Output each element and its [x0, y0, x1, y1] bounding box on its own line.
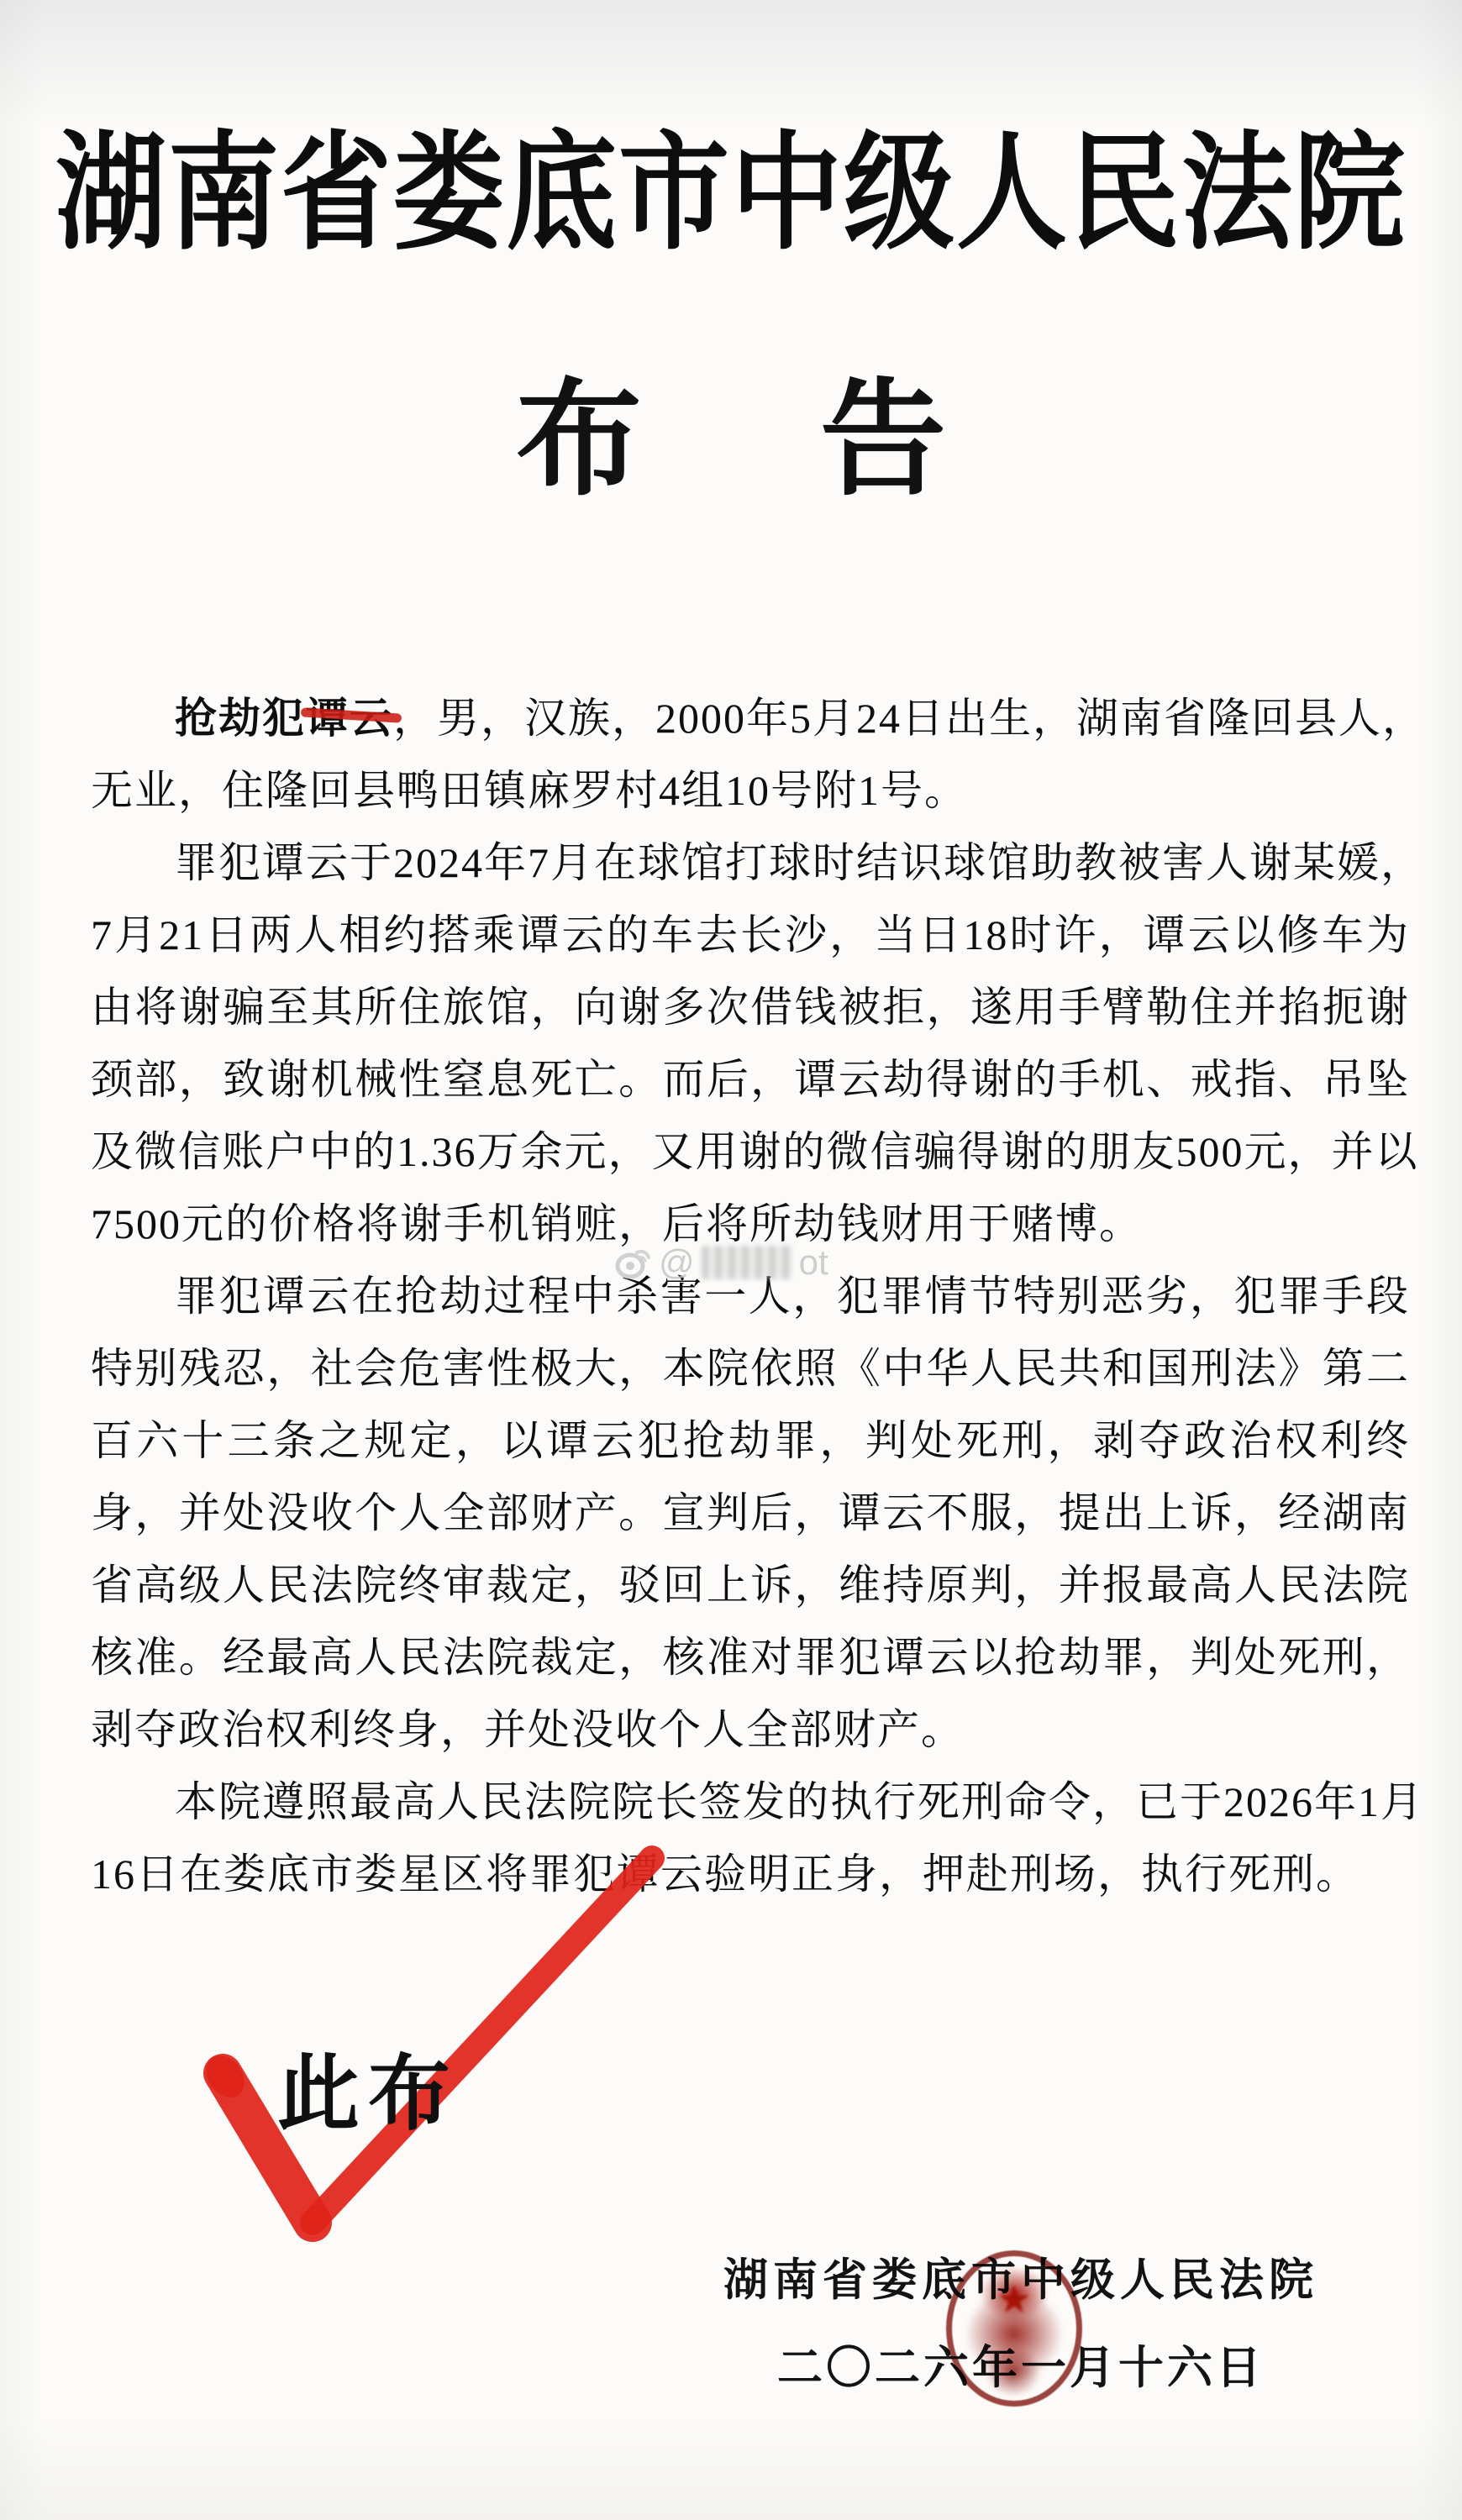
page-title: 湖南省娄底市中级人民法院: [0, 108, 1462, 281]
intro-rest: ，男，汉族，2000年5月24日出生，湖南省隆回县人，: [393, 695, 1426, 742]
cibu-label: 此布: [277, 2048, 459, 2142]
body-line: 罪犯谭云于2024年7月在球馆打球时结识球馆助教被害人谢某媛，: [91, 827, 1410, 899]
watermark-censored-name: [702, 1246, 792, 1279]
official-seal: ★: [946, 2250, 1082, 2407]
notice-title: 布告: [0, 336, 1462, 546]
body-line: 由将谢骗至其所住旅馆，向谢多次借钱被拒，遂用手臂勒住并掐扼谢: [91, 971, 1410, 1043]
checkmark-brush-blob: [198, 2048, 252, 2104]
criminal-name-struck: 谭云: [306, 695, 393, 742]
paragraphs-container: 罪犯谭云于2024年7月在球馆打球时结识球馆助教被害人谢某媛，7月21日两人相约…: [91, 827, 1410, 1910]
body-line: 核准。经最高人民法院裁定，核准对罪犯谭云以抢劫罪，判处死刑，: [91, 1621, 1410, 1693]
body-line: 抢劫犯谭云，男，汉族，2000年5月24日出生，湖南省隆回县人，: [91, 682, 1410, 754]
body-text: 抢劫犯谭云，男，汉族，2000年5月24日出生，湖南省隆回县人， 无业，住隆回县…: [91, 682, 1410, 1910]
weibo-watermark: @ ot: [613, 1242, 828, 1284]
watermark-suffix: ot: [799, 1242, 828, 1283]
notice-char-2: 告: [820, 371, 946, 511]
weibo-icon: [613, 1246, 652, 1279]
body-line: 无业，住隆回县鸭田镇麻罗村4组10号附1号。: [91, 754, 1410, 827]
body-line: 身，并处没收个人全部财产。宣判后，谭云不服，提出上诉，经湖南: [91, 1477, 1410, 1549]
body-line: 省高级人民法院终审裁定，驳回上诉，维持原判，并报最高人民法院: [91, 1549, 1410, 1621]
body-line: 百六十三条之规定，以谭云犯抢劫罪，判处死刑，剥夺政治权利终: [91, 1404, 1410, 1477]
body-line: 剥夺政治权利终身，并处没收个人全部财产。: [91, 1693, 1410, 1766]
paragraph: 罪犯谭云于2024年7月在球馆打球时结识球馆助教被害人谢某媛，7月21日两人相约…: [91, 827, 1410, 1260]
body-line: 特别残忍，社会危害性极大，本院依照《中华人民共和国刑法》第二: [91, 1332, 1410, 1404]
body-line: 16日在娄底市娄星区将罪犯谭云验明正身，押赴刑场，执行死刑。: [91, 1838, 1410, 1910]
paragraph: 罪犯谭云在抢劫过程中杀害一人，犯罪情节特别恶劣，犯罪手段特别残忍，社会危害性极大…: [91, 1260, 1410, 1766]
notice-char-1: 布: [516, 371, 642, 511]
body-line: 颈部，致谢机械性窒息死亡。而后，谭云劫得谢的手机、戒指、吊坠: [91, 1043, 1410, 1116]
body-line: 7月21日两人相约搭乘谭云的车去长沙，当日18时许，谭云以修车为: [91, 899, 1410, 971]
criminal-label: 抢劫犯谭云: [175, 695, 393, 742]
court-announcement-document: 湖南省娄底市中级人民法院 布告 抢劫犯谭云，男，汉族，2000年5月24日出生，…: [0, 0, 1462, 2520]
paragraph-intro: 抢劫犯谭云，男，汉族，2000年5月24日出生，湖南省隆回县人， 无业，住隆回县…: [91, 682, 1410, 827]
body-line: 及微信账户中的1.36万余元，又用谢的微信骗得谢的朋友500元，并以: [91, 1116, 1410, 1188]
paragraph: 本院遵照最高人民法院院长签发的执行死刑命令，已于2026年1月16日在娄底市娄星…: [91, 1766, 1410, 1910]
seal-star-icon: ★: [997, 2281, 1031, 2319]
checkmark-right-stroke: [313, 1858, 652, 2223]
crime-label: 抢劫犯: [175, 695, 306, 742]
body-line: 本院遵照最高人民法院院长签发的执行死刑命令，已于2026年1月: [91, 1766, 1410, 1838]
watermark-at: @: [659, 1242, 695, 1283]
